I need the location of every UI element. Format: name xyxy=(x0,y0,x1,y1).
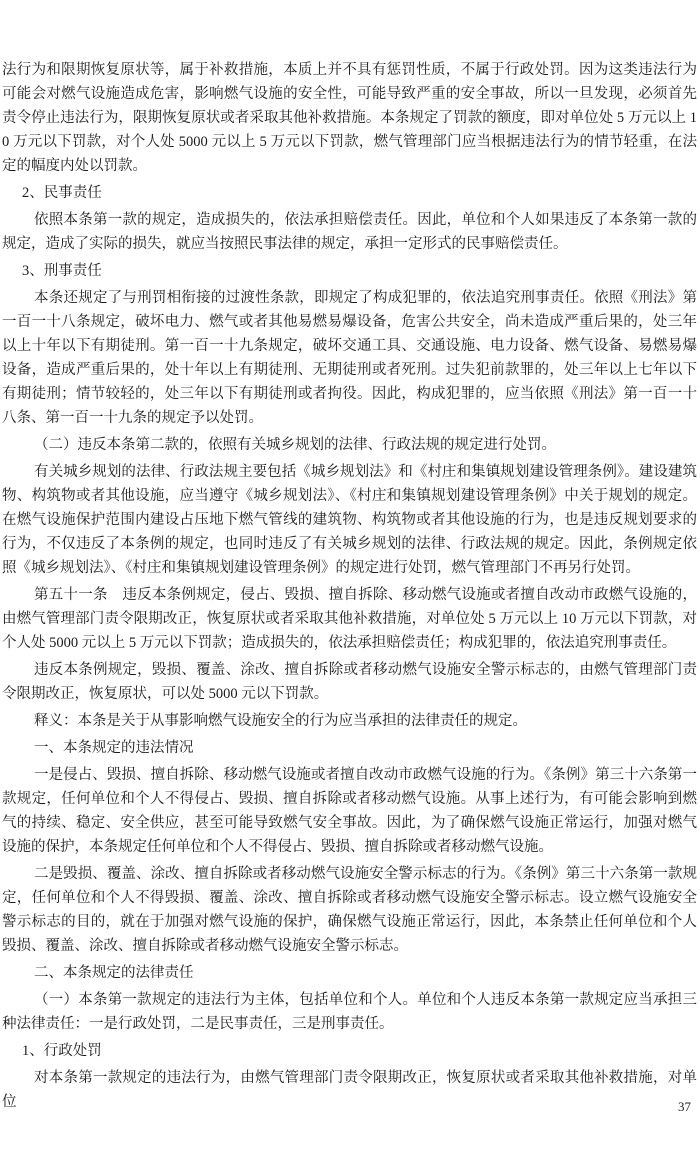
paragraph: 二是毁损、覆盖、涂改、擅自拆除或者移动燃气设施安全警示标志的行为。《条例》第三十… xyxy=(2,862,697,958)
paragraph: （二）违反本条第二款的，依照有关城乡规划的法律、行政法规的规定进行处罚。 xyxy=(2,433,697,457)
paragraph: 释义：本条是关于从事影响燃气设施安全的行为应当承担的法律责任的规定。 xyxy=(2,709,697,733)
paragraph: 违反本条例规定，毁损、覆盖、涂改、擅自拆除或者移动燃气设施安全警示标志的，由燃气… xyxy=(2,658,697,706)
paragraph: 第五十一条 违反本条例规定，侵占、毁损、擅自拆除、移动燃气设施或者擅自改动市政燃… xyxy=(2,583,697,655)
paragraph: 有关城乡规划的法律、行政法规主要包括《城乡规划法》和《村庄和集镇规划建设管理条例… xyxy=(2,460,697,580)
section-heading: 2、民事责任 xyxy=(2,181,697,205)
page-number: 37 xyxy=(678,1100,691,1114)
paragraph: 对本条第一款规定的违法行为，由燃气管理部门责令限期改正，恢复原状或者采取其他补救… xyxy=(2,1066,697,1114)
document-page: 法行为和限期恢复原状等，属于补救措施，本质上并不具有惩罚性质，不属于行政处罚。因… xyxy=(0,0,700,1160)
section-heading: 3、刑事责任 xyxy=(2,259,697,283)
section-heading: 1、行政处罚 xyxy=(2,1039,697,1063)
document-body: 法行为和限期恢复原状等，属于补救措施，本质上并不具有惩罚性质，不属于行政处罚。因… xyxy=(0,0,700,1114)
section-heading: 一、本条规定的违法情况 xyxy=(2,736,697,760)
paragraph: （一）本条第一款规定的违法行为主体，包括单位和个人。单位和个人违反本条第一款规定… xyxy=(2,988,697,1036)
paragraph: 一是侵占、毁损、擅自拆除、移动燃气设施或者擅自改动市政燃气设施的行为。《条例》第… xyxy=(2,763,697,859)
paragraph: 本条还规定了与刑罚相衔接的过渡性条款，即规定了构成犯罪的，依法追究刑事责任。依照… xyxy=(2,286,697,430)
section-heading: 二、本条规定的法律责任 xyxy=(2,961,697,985)
paragraph: 依照本条第一款的规定，造成损失的，依法承担赔偿责任。因此，单位和个人如果违反了本… xyxy=(2,208,697,256)
paragraph: 法行为和限期恢复原状等，属于补救措施，本质上并不具有惩罚性质，不属于行政处罚。因… xyxy=(2,58,697,178)
